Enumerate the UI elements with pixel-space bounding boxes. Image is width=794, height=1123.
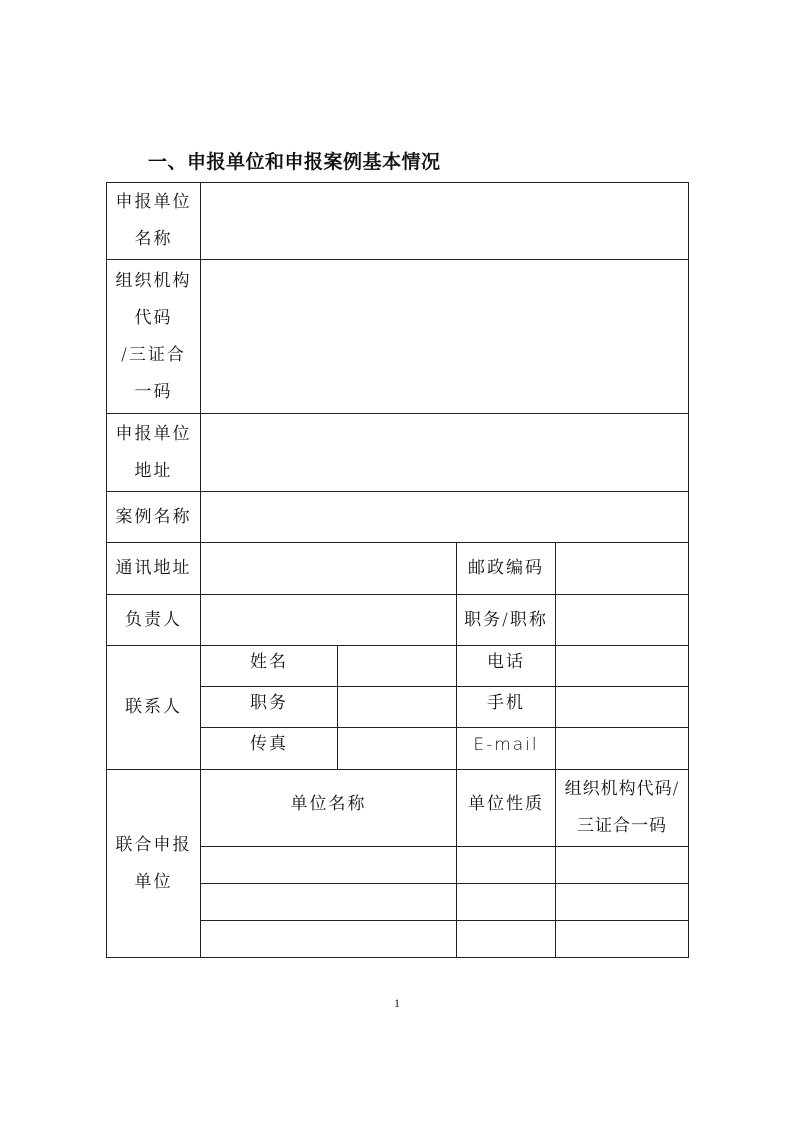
label-line: 名称 <box>107 221 200 258</box>
label-line: 申报单位 <box>107 184 200 221</box>
page-number: 1 <box>394 996 400 1011</box>
row-contact-name: 联系人 姓名 电话 <box>107 646 689 687</box>
unit-address-label: 申报单位 地址 <box>107 414 201 492</box>
row-unit-address: 申报单位 地址 <box>107 414 689 492</box>
contact-mobile-field[interactable] <box>556 687 689 728</box>
contact-name-field[interactable] <box>338 646 457 687</box>
contact-email-label: E-mail <box>457 728 556 770</box>
row-joint-header: 联合申报 单位 单位名称 单位性质 组织机构代码/ 三证合一码 <box>107 770 689 847</box>
row-unit-name: 申报单位 名称 <box>107 183 689 260</box>
label-line: 代码 <box>107 300 200 337</box>
joint-name-field[interactable] <box>201 847 457 884</box>
joint-code-field[interactable] <box>556 921 689 958</box>
case-name-field[interactable] <box>201 492 689 543</box>
leader-label: 负责人 <box>107 595 201 646</box>
joint-col-name-header: 单位名称 <box>201 770 457 847</box>
row-case-name: 案例名称 <box>107 492 689 543</box>
row-mail-address: 通讯地址 邮政编码 <box>107 543 689 595</box>
joint-code-field[interactable] <box>556 847 689 884</box>
label-line: /三证合 <box>107 337 200 374</box>
joint-unit-label: 联合申报 单位 <box>107 770 201 958</box>
contact-email-field[interactable] <box>556 728 689 770</box>
leader-title-label: 职务/职称 <box>457 595 556 646</box>
label-line: 三证合一码 <box>556 808 688 845</box>
leader-title-field[interactable] <box>556 595 689 646</box>
application-form-table: 申报单位 名称 组织机构 代码 /三证合 一码 申报单位 地址 案例名称 通讯地… <box>106 182 689 958</box>
contact-fax-field[interactable] <box>338 728 457 770</box>
contact-mobile-label: 手机 <box>457 687 556 728</box>
postal-code-label: 邮政编码 <box>457 543 556 595</box>
org-code-label: 组织机构 代码 /三证合 一码 <box>107 260 201 414</box>
joint-nature-field[interactable] <box>457 884 556 921</box>
row-org-code: 组织机构 代码 /三证合 一码 <box>107 260 689 414</box>
joint-col-code-header: 组织机构代码/ 三证合一码 <box>556 770 689 847</box>
label-line: 组织机构 <box>107 263 200 300</box>
unit-address-field[interactable] <box>201 414 689 492</box>
unit-name-label: 申报单位 名称 <box>107 183 201 260</box>
contact-name-label: 姓名 <box>201 646 338 687</box>
contact-fax-label: 传真 <box>201 728 338 770</box>
leader-field[interactable] <box>201 595 457 646</box>
org-code-field[interactable] <box>201 260 689 414</box>
joint-nature-field[interactable] <box>457 847 556 884</box>
row-leader: 负责人 职务/职称 <box>107 595 689 646</box>
mail-address-field[interactable] <box>201 543 457 595</box>
joint-name-field[interactable] <box>201 921 457 958</box>
label-line: 申报单位 <box>107 416 200 453</box>
postal-code-field[interactable] <box>556 543 689 595</box>
case-name-label: 案例名称 <box>107 492 201 543</box>
joint-nature-field[interactable] <box>457 921 556 958</box>
unit-name-field[interactable] <box>201 183 689 260</box>
contact-phone-label: 电话 <box>457 646 556 687</box>
mail-address-label: 通讯地址 <box>107 543 201 595</box>
section-heading: 一、申报单位和申报案例基本情况 <box>148 147 441 174</box>
contact-label: 联系人 <box>107 646 201 770</box>
joint-code-field[interactable] <box>556 884 689 921</box>
joint-col-nature-header: 单位性质 <box>457 770 556 847</box>
label-line: 联合申报 <box>107 827 200 864</box>
contact-position-field[interactable] <box>338 687 457 728</box>
contact-position-label: 职务 <box>201 687 338 728</box>
label-line: 一码 <box>107 374 200 411</box>
contact-phone-field[interactable] <box>556 646 689 687</box>
joint-name-field[interactable] <box>201 884 457 921</box>
label-line: 单位 <box>107 864 200 901</box>
label-line: 地址 <box>107 453 200 490</box>
label-line: 组织机构代码/ <box>556 771 688 808</box>
